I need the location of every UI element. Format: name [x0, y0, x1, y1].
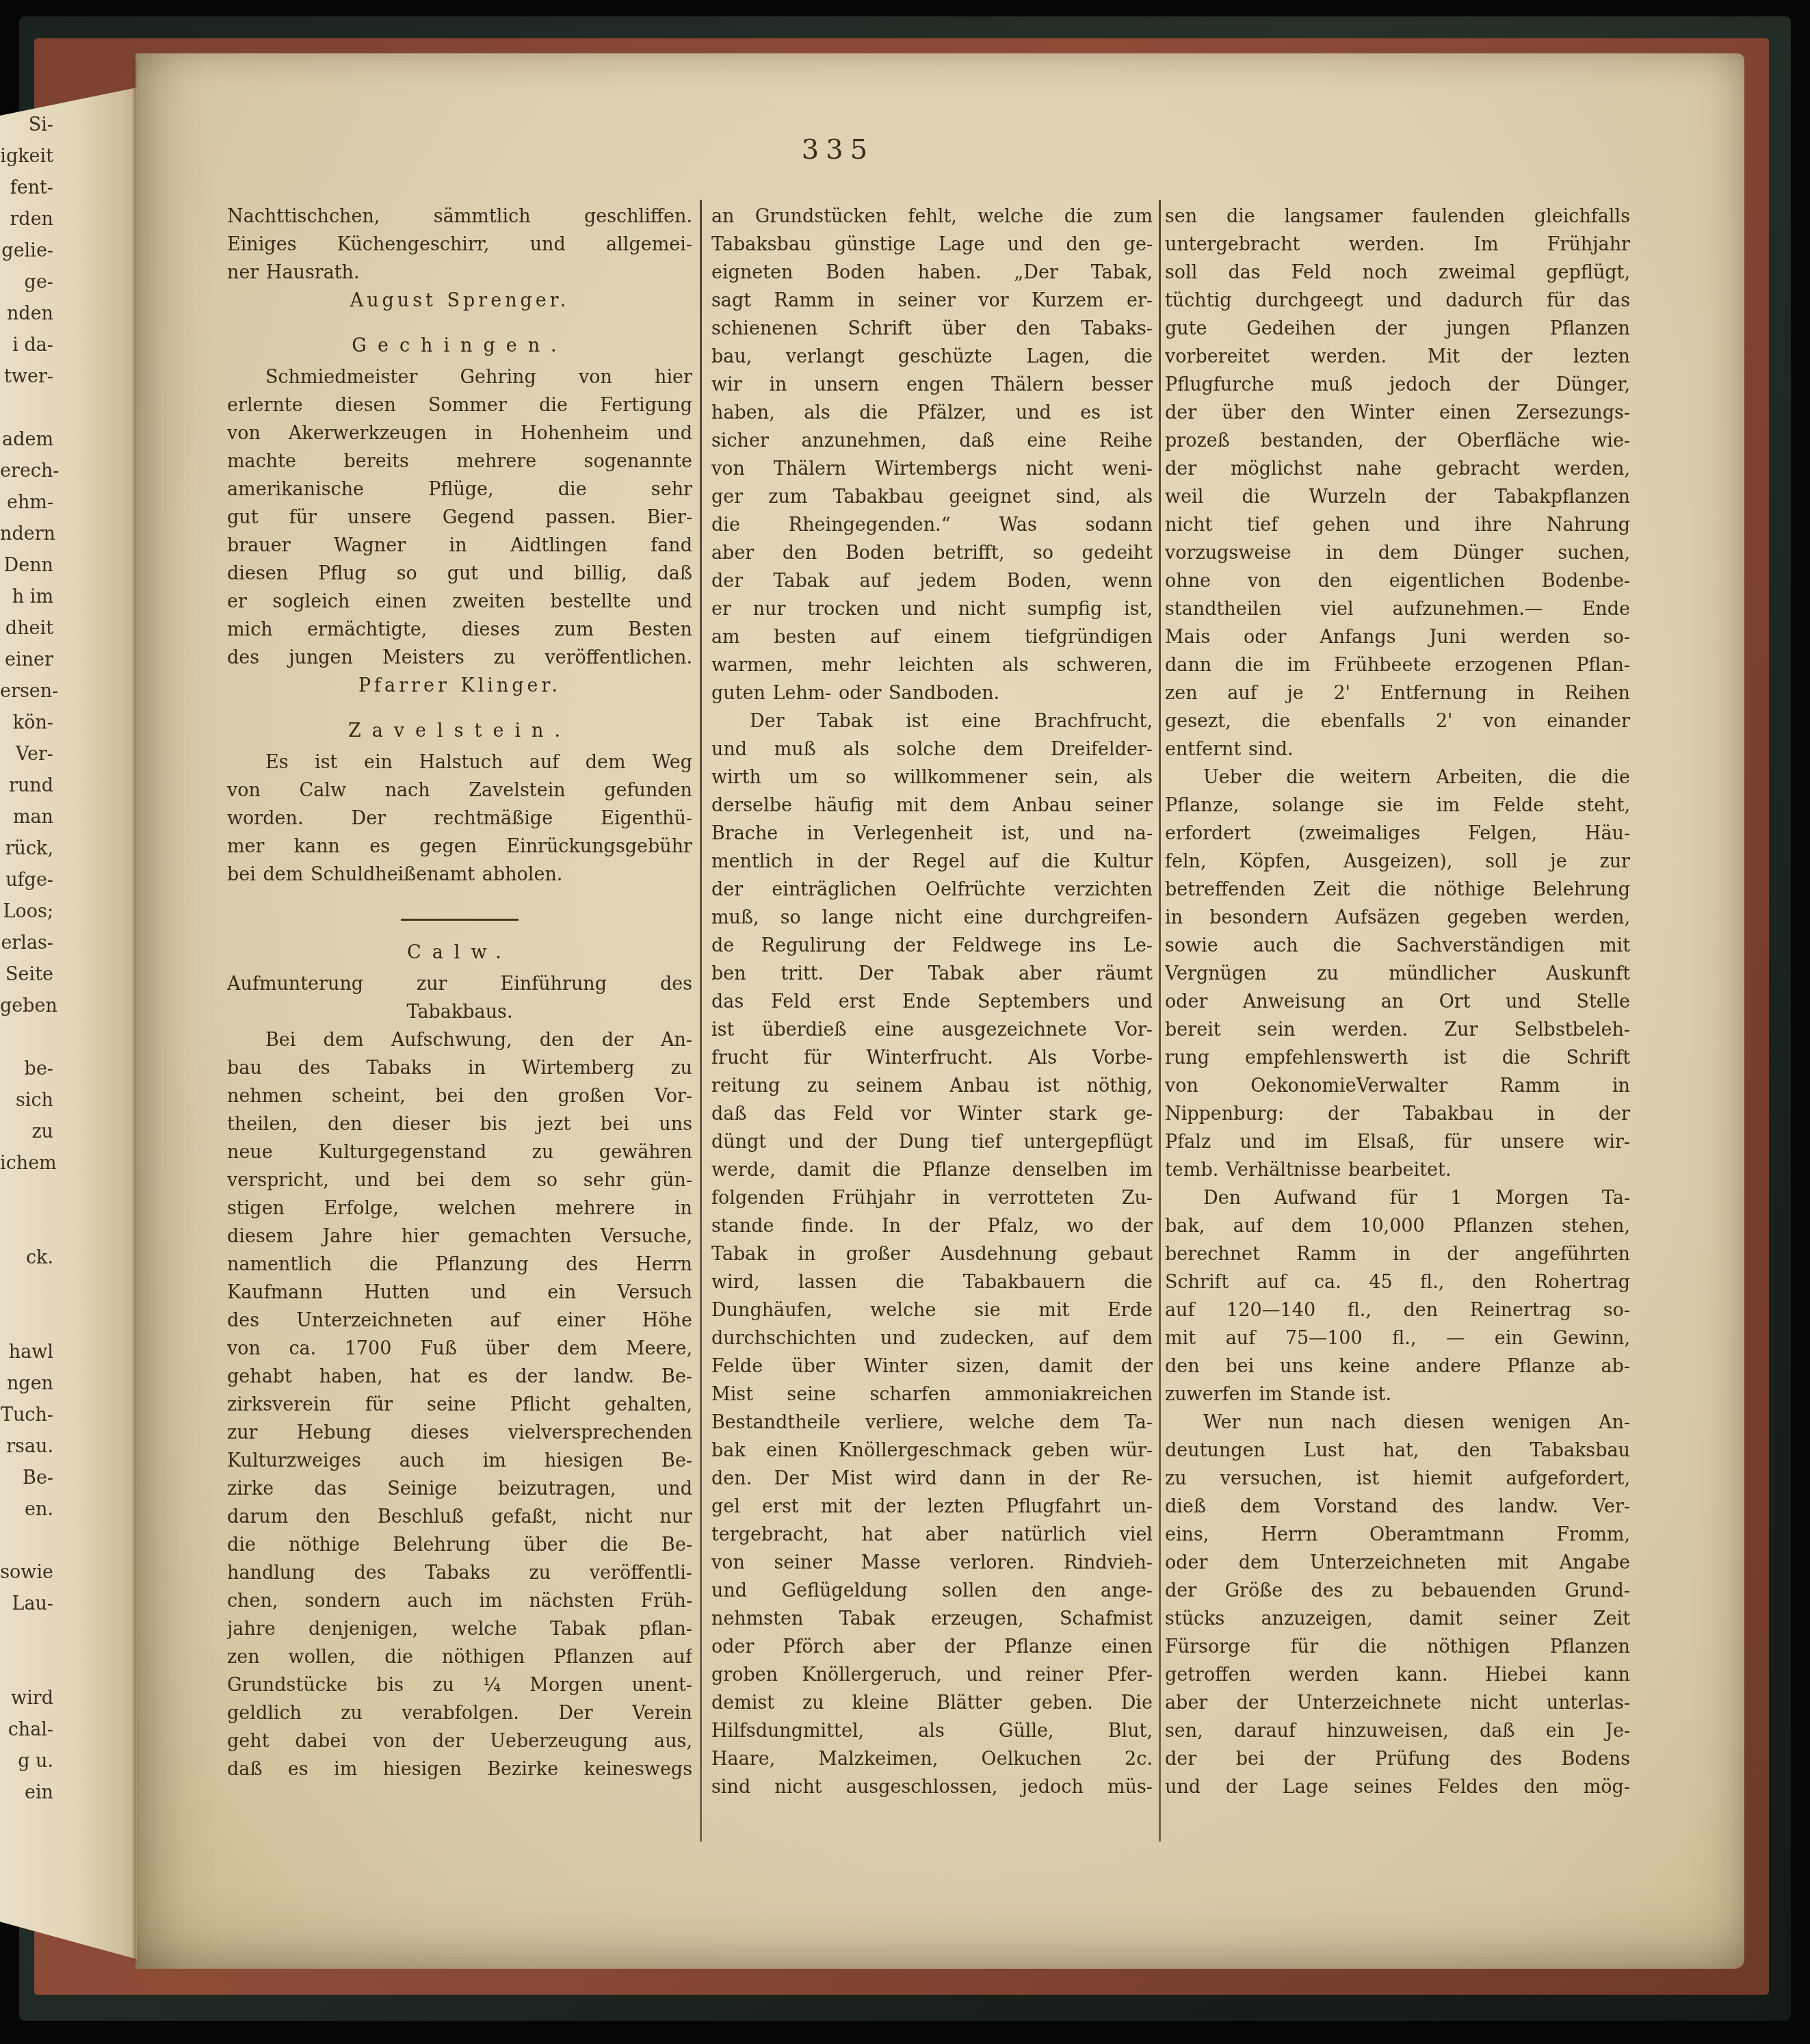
text-line: eins, Herrn Oberamtmann Fromm, — [1165, 1521, 1630, 1549]
text-line: des Unterzeichneten auf einer Höhe — [227, 1307, 692, 1335]
text-line: dieß dem Vorstand des landw. Ver- — [1165, 1493, 1630, 1521]
text-line: Einiges Küchengeschirr, und allgemei- — [227, 231, 692, 259]
text-line: aber den Boden betrifft, so gedeiht — [711, 539, 1153, 567]
text-line: daß das Feld vor Winter stark ge- — [711, 1100, 1153, 1128]
text-line: Kulturzweiges auch im hiesigen Be- — [227, 1447, 692, 1475]
fragment-line: ufge- — [0, 865, 60, 896]
text-line: eigneten Boden haben. „Der Tabak, — [711, 259, 1153, 287]
fragment-line: nden — [0, 298, 60, 330]
fragment-line — [0, 1211, 60, 1242]
text-line: durchschichten und zudecken, auf dem — [711, 1324, 1153, 1352]
text-line: die Rheingegenden.“ Was sodann — [711, 511, 1153, 539]
text-line: tüchtig durchgeegt und dadurch für das — [1165, 287, 1630, 315]
fragment-line: Be- — [0, 1463, 60, 1494]
text-line: reitung zu seinem Anbau ist nöthig, — [711, 1072, 1153, 1100]
text-line: geldlich zu verabfolgen. Der Verein — [227, 1699, 692, 1727]
text-line: haben, als die Pfälzer, und es ist — [711, 399, 1153, 427]
text-line: Hilfsdungmittel, als Gülle, Blut, — [711, 1717, 1153, 1745]
text-line: ohne von den eigentlichen Bodenbe- — [1165, 567, 1630, 595]
text-line: Nachttischchen, sämmtlich geschliffen. — [227, 202, 692, 231]
text-line: zen auf je 2' Entfernung in Reihen — [1165, 679, 1630, 707]
fragment-line: adem — [0, 424, 60, 456]
text-line: mer kann es gegen Einrückungsgebühr — [227, 833, 692, 861]
section-heading: Gechingen. — [227, 330, 692, 362]
fragment-line: Tuch- — [0, 1400, 60, 1431]
text-line: Schrift auf ca. 45 fl., den Rohertrag — [1165, 1268, 1630, 1296]
text-line: berechnet Ramm in der angeführten — [1165, 1240, 1630, 1268]
text-line: derselbe häufig mit dem Anbau seiner — [711, 791, 1153, 820]
text-line: gute Gedeihen der jungen Pflanzen — [1165, 315, 1630, 343]
text-line: düngt und der Dung tief untergepflügt — [711, 1128, 1153, 1156]
fragment-line: rück, — [0, 833, 60, 865]
text-line: vorbereitet werden. Mit der lezten — [1165, 343, 1630, 371]
text-column-3: sen die langsamer faulenden gleichfallsu… — [1165, 202, 1630, 1801]
page-number: 335 — [763, 134, 913, 166]
text-line: gesezt, die ebenfalls 2' von einander — [1165, 707, 1630, 735]
fragment-line: gelie- — [0, 235, 60, 267]
text-line: getroffen werden kann. Hiebei kann — [1165, 1661, 1630, 1689]
text-line: Tabak in großer Ausdehnung gebaut — [711, 1240, 1153, 1268]
fragment-line: Loos; — [0, 896, 60, 928]
text-line: und Geflügeldung sollen den ange- — [711, 1577, 1153, 1605]
fragment-line: dheit — [0, 613, 60, 644]
text-line: sind nicht ausgeschlossen, jedoch müs- — [711, 1773, 1153, 1801]
text-line: erlernte diesen Sommer die Fertigung — [227, 391, 692, 419]
fragment-line — [0, 1525, 60, 1557]
fragment-line: sowie — [0, 1557, 60, 1588]
text-line: von Akerwerkzeugen in Hohenheim und — [227, 419, 692, 447]
text-line: zirke das Seinige beizutragen, und — [227, 1475, 692, 1503]
text-line: muß, so lange nicht eine durchgreifen- — [711, 904, 1153, 932]
fragment-line — [0, 1651, 60, 1683]
text-line: sen die langsamer faulenden gleichfalls — [1165, 202, 1630, 231]
text-line: am besten auf einem tiefgründigen — [711, 623, 1153, 651]
text-line: den. Der Mist wird dann in der Re- — [711, 1465, 1153, 1493]
text-line: Mais oder Anfangs Juni werden so- — [1165, 623, 1630, 651]
text-line: Wer nun nach diesen wenigen An- — [1165, 1408, 1630, 1437]
text-line: brauer Wagner in Aidtlingen fand — [227, 532, 692, 560]
text-line: sagt Ramm in seiner vor Kurzem er- — [711, 287, 1153, 315]
text-line: feln, Köpfen, Ausgeizen), soll je zur — [1165, 848, 1630, 876]
fragment-line — [0, 1305, 60, 1337]
text-line: und der Lage seines Feldes den mög- — [1165, 1773, 1630, 1801]
text-line: oder Anweisung an Ort und Stelle — [1165, 988, 1630, 1016]
fragment-line: geben — [0, 991, 60, 1022]
fragment-line: ichem — [0, 1148, 60, 1179]
fragment-line: g u. — [0, 1746, 60, 1777]
text-line: bau, verlangt geschüzte Lagen, die — [711, 343, 1153, 371]
fragment-line: kön- — [0, 707, 60, 739]
text-line: Dunghäufen, welche sie mit Erde — [711, 1296, 1153, 1324]
fragment-line: rund — [0, 770, 60, 802]
text-line: wirth um so willkommener sein, als — [711, 763, 1153, 791]
text-line: Pflanze, solange sie im Felde steht, — [1165, 791, 1630, 820]
text-line: stande finde. In der Pfalz, wo der — [711, 1212, 1153, 1240]
text-line: sowie auch die Sachverständigen mit — [1165, 932, 1630, 960]
text-line: darum den Beschluß gefaßt, nicht nur — [227, 1503, 692, 1531]
text-line: geht dabei von der Ueberzeugung aus, — [227, 1727, 692, 1755]
text-line: er sogleich einen zweiten bestellte und — [227, 588, 692, 616]
fragment-line: i da- — [0, 330, 60, 361]
text-line: verspricht, und bei dem so sehr gün- — [227, 1166, 692, 1194]
text-line: ist überdieß eine ausgezeichnete Vor- — [711, 1016, 1153, 1044]
fragment-line: fent- — [0, 172, 60, 204]
text-line: Mist seine scharfen ammoniakreichen — [711, 1380, 1153, 1408]
previous-page-line-fragments: Si-igkeitfent-rdengelie-ge-ndeni da-twer… — [0, 109, 60, 1809]
text-line: chen, sondern auch im nächsten Früh- — [227, 1587, 692, 1615]
fragment-line: zu — [0, 1116, 60, 1148]
fragment-line: sich — [0, 1085, 60, 1116]
text-line: neue Kulturgegenstand zu gewähren — [227, 1138, 692, 1166]
text-line: jahre denjenigen, welche Tabak pflan- — [227, 1615, 692, 1643]
fragment-line: ehm- — [0, 487, 60, 519]
text-line: von ca. 1700 Fuß über dem Meere, — [227, 1335, 692, 1363]
text-line: bak einen Knöllergeschmack geben wür- — [711, 1437, 1153, 1465]
text-line: bak, auf dem 10,000 Pflanzen stehen, — [1165, 1212, 1630, 1240]
text-line: aber der Unterzeichnete nicht unterlas- — [1165, 1689, 1630, 1717]
fragment-line — [0, 393, 60, 424]
text-line: zuwerfen im Stande ist. — [1165, 1380, 1630, 1408]
text-line: Pflugfurche muß jedoch der Dünger, — [1165, 371, 1630, 399]
text-line: frucht für Winterfrucht. Als Vorbe- — [711, 1044, 1153, 1072]
line-gap — [227, 921, 692, 934]
text-line: das Feld erst Ende Septembers und — [711, 988, 1153, 1016]
text-line: sen, darauf hinzuweisen, daß ein Je- — [1165, 1717, 1630, 1745]
text-line: soll das Feld noch zweimal gepflügt, — [1165, 259, 1630, 287]
text-line: Kaufmann Hutten und ein Versuch — [227, 1279, 692, 1307]
text-line: diesem Jahre hier gemachten Versuche, — [227, 1222, 692, 1250]
fragment-line: ersen- — [0, 676, 60, 707]
fragment-line: wird — [0, 1683, 60, 1714]
fragment-line — [0, 1179, 60, 1211]
text-line: wir in unsern engen Thälern besser — [711, 371, 1153, 399]
text-line: werde, damit die Pflanze denselben im — [711, 1156, 1153, 1184]
text-line: entfernt sind. — [1165, 735, 1630, 763]
fragment-line: rden — [0, 204, 60, 235]
text-line: machte bereits mehrere sogenannte — [227, 447, 692, 475]
text-line: ger zum Tabakbau geeignet sind, als — [711, 483, 1153, 511]
text-line: gehabt haben, hat es der landw. Be- — [227, 1363, 692, 1391]
text-line: nicht tief gehen und ihre Nahrung — [1165, 511, 1630, 539]
text-line: bei dem Schuldheißenamt abholen. — [227, 861, 692, 889]
text-line: stücks anzuzeigen, damit seiner Zeit — [1165, 1605, 1630, 1633]
fragment-line: einer — [0, 644, 60, 676]
signature-line: Pfarrer Klinger. — [227, 672, 692, 700]
text-line: Tabakbaus. — [227, 998, 692, 1026]
text-line: Tabaksbau günstige Lage und den ge- — [711, 231, 1153, 259]
text-line: betreffenden Zeit die nöthige Belehrung — [1165, 876, 1630, 904]
text-line: der Größe des zu bebauenden Grund- — [1165, 1577, 1630, 1605]
fragment-line: Lau- — [0, 1588, 60, 1620]
text-line: amerikanische Pflüge, die sehr — [227, 475, 692, 503]
text-line: der über den Winter einen Zersezungs- — [1165, 399, 1630, 427]
fragment-line — [0, 1274, 60, 1305]
fragment-line: erech- — [0, 456, 60, 487]
text-line: oder dem Unterzeichneten mit Angabe — [1165, 1549, 1630, 1577]
section-heading: Calw. — [227, 936, 692, 969]
section-heading: Zavelstein. — [227, 715, 692, 747]
text-line: die nöthige Belehrung über die Be- — [227, 1531, 692, 1559]
text-line: deutungen Lust hat, den Tabaksbau — [1165, 1437, 1630, 1465]
divider-rule — [401, 919, 519, 921]
text-line: handlung des Tabaks zu veröffentli- — [227, 1559, 692, 1587]
fragment-line: rsau. — [0, 1431, 60, 1463]
text-line: mich ermächtigte, dieses zum Besten — [227, 616, 692, 644]
text-line: wird, lassen die Tabakbauern die — [711, 1268, 1153, 1296]
fragment-line — [0, 1022, 60, 1053]
fragment-line: be- — [0, 1053, 60, 1085]
text-line: namentlich die Pflanzung des Herrn — [227, 1250, 692, 1279]
text-line: vorzugsweise in dem Dünger suchen, — [1165, 539, 1630, 567]
fragment-line: ck. — [0, 1242, 60, 1274]
text-line: rung empfehlenswerth ist die Schrift — [1165, 1044, 1630, 1072]
text-line: Pfalz und im Elsaß, für unsere wir- — [1165, 1128, 1630, 1156]
text-line: Bestandtheile verliere, welche dem Ta- — [711, 1408, 1153, 1437]
text-line: Schmiedmeister Gehring von hier — [227, 363, 692, 391]
fragment-line: ge- — [0, 267, 60, 298]
text-line: Haare, Malzkeimen, Oelkuchen 2c. — [711, 1745, 1153, 1773]
text-line: bau des Tabaks in Wirtemberg zu — [227, 1054, 692, 1082]
text-line: dann die im Frühbeete erzogenen Pflan- — [1165, 651, 1630, 679]
text-line: der bei der Prüfung des Bodens — [1165, 1745, 1630, 1773]
line-gap — [227, 700, 692, 712]
text-line: Brache in Verlegenheit ist, und na- — [711, 820, 1153, 848]
text-line: sicher anzunehmen, daß eine Reihe — [711, 427, 1153, 455]
fragment-line: ein — [0, 1777, 60, 1809]
text-line: erfordert (zweimaliges Felgen, Häu- — [1165, 820, 1630, 848]
text-line: groben Knöllergeruch, und reiner Pfer- — [711, 1661, 1153, 1689]
fragment-line: Seite — [0, 959, 60, 991]
text-line: Nippenburg: der Tabakbau in der — [1165, 1100, 1630, 1128]
text-line: den bei uns keine andere Pflanze ab- — [1165, 1352, 1630, 1380]
text-line: des jungen Meisters zu veröffentlichen. — [227, 644, 692, 672]
text-line: nehmsten Tabak erzeugen, Schafmist — [711, 1605, 1153, 1633]
text-line: Aufmunterung zur Einführung des — [227, 970, 692, 998]
text-line: und muß als solche dem Dreifelder- — [711, 735, 1153, 763]
text-line: ner Hausrath. — [227, 259, 692, 287]
text-line: zirksverein für seine Pflicht gehalten, — [227, 1391, 692, 1419]
fragment-line: man — [0, 802, 60, 833]
text-line: weil die Wurzeln der Tabakpflanzen — [1165, 483, 1630, 511]
text-line: der einträglichen Oelfrüchte verzichten — [711, 876, 1153, 904]
text-line: von seiner Masse verloren. Rindvieh- — [711, 1549, 1153, 1577]
text-line: bereit sein werden. Zur Selbstbeleh- — [1165, 1016, 1630, 1044]
text-line: Der Tabak ist eine Brachfrucht, — [711, 707, 1153, 735]
text-line: zen wollen, die nöthigen Pflanzen auf — [227, 1643, 692, 1671]
text-line: gut für unsere Gegend passen. Bier- — [227, 503, 692, 532]
text-line: zu versuchen, ist hiemit aufgefordert, — [1165, 1465, 1630, 1493]
fragment-line: Si- — [0, 109, 60, 141]
column-divider-rule-1 — [700, 200, 702, 1842]
text-line: oder Pförch aber der Pflanze einen — [711, 1633, 1153, 1661]
text-line: Felde über Winter sizen, damit der — [711, 1352, 1153, 1380]
text-line: Fürsorge für die nöthigen Pflanzen — [1165, 1633, 1630, 1661]
text-line: ben tritt. Der Tabak aber räumt — [711, 960, 1153, 988]
text-line: zur Hebung dieses vielversprechenden — [227, 1419, 692, 1447]
text-line: de Regulirung der Feldwege ins Le- — [711, 932, 1153, 960]
text-line: nehmen scheint, bei den großen Vor- — [227, 1082, 692, 1110]
text-line: Vergnügen zu mündlicher Auskunft — [1165, 960, 1630, 988]
text-line: mit auf 75—100 fl., — ein Gewinn, — [1165, 1324, 1630, 1352]
text-line: Es ist ein Halstuch auf dem Weg — [227, 748, 692, 776]
text-line: auf 120—140 fl., den Reinertrag so- — [1165, 1296, 1630, 1324]
text-line: worden. Der rechtmäßige Eigenthü- — [227, 804, 692, 833]
section-divider — [227, 901, 692, 921]
text-line: warmen, mehr leichten als schweren, — [711, 651, 1153, 679]
fragment-line: erlas- — [0, 928, 60, 959]
text-line: von Calw nach Zavelstein gefunden — [227, 776, 692, 804]
text-line: mentlich in der Regel auf die Kultur — [711, 848, 1153, 876]
text-line: Bei dem Aufschwung, den der An- — [227, 1026, 692, 1054]
fragment-line: igkeit — [0, 141, 60, 172]
text-line: schienenen Schrift über den Tabaks- — [711, 315, 1153, 343]
book-photo: 335 Si-igkeitfent-rdengelie-ge-ndeni da-… — [0, 0, 1810, 2044]
fragment-line: hawl — [0, 1337, 60, 1368]
text-line: guten Lehm- oder Sandboden. — [711, 679, 1153, 707]
gutter-crease — [132, 59, 139, 1963]
text-line: temb. Verhältnisse bearbeitet. — [1165, 1156, 1630, 1184]
signature-line: August Sprenger. — [227, 287, 692, 315]
column-divider-rule-2 — [1159, 200, 1161, 1842]
text-line: daß es im hiesigen Bezirke keineswegs — [227, 1755, 692, 1783]
text-line: gel erst mit der lezten Pflugfahrt un- — [711, 1493, 1153, 1521]
text-line: theilen, den dieser bis jezt bei uns — [227, 1110, 692, 1138]
fragment-line: Denn — [0, 550, 60, 581]
text-line: der Tabak auf jedem Boden, wenn — [711, 567, 1153, 595]
text-line: Grundstücke bis zu ¼ Morgen unent- — [227, 1671, 692, 1699]
text-line: Ueber die weitern Arbeiten, die die — [1165, 763, 1630, 791]
text-line: Den Aufwand für 1 Morgen Ta- — [1165, 1184, 1630, 1212]
text-column-2: an Grundstücken fehlt, welche die zumTab… — [711, 202, 1153, 1801]
fragment-line: ngen — [0, 1368, 60, 1400]
text-line: diesen Pflug so gut und billig, daß — [227, 560, 692, 588]
text-line: tergebracht, hat aber natürlich viel — [711, 1521, 1153, 1549]
text-line: in besondern Aufsäzen gegeben werden, — [1165, 904, 1630, 932]
fragment-line: chal- — [0, 1714, 60, 1746]
text-line: von Thälern Wirtembergs nicht weni- — [711, 455, 1153, 483]
fragment-line: h im — [0, 581, 60, 613]
text-line: untergebracht werden. Im Frühjahr — [1165, 231, 1630, 259]
line-gap — [227, 315, 692, 327]
fragment-line — [0, 1620, 60, 1651]
fragment-line: en. — [0, 1494, 60, 1525]
text-line: standtheilen viel aufzunehmen.— Ende — [1165, 595, 1630, 623]
text-line: der möglichst nahe gebracht werden, — [1165, 455, 1630, 483]
text-line: er nur trocken und nicht sumpfig ist, — [711, 595, 1153, 623]
text-line: von OekonomieVerwalter Ramm in — [1165, 1072, 1630, 1100]
fragment-line: Ver- — [0, 739, 60, 770]
text-column-1: Nachttischchen, sämmtlich geschliffen.Ei… — [227, 202, 692, 1783]
text-line: prozeß bestanden, der Oberfläche wie- — [1165, 427, 1630, 455]
text-line: an Grundstücken fehlt, welche die zum — [711, 202, 1153, 231]
line-gap — [227, 889, 692, 901]
text-line: folgenden Frühjahr in verrotteten Zu- — [711, 1184, 1153, 1212]
fragment-line: twer- — [0, 361, 60, 393]
text-line: stigen Erfolge, welchen mehrere in — [227, 1194, 692, 1222]
text-line: demist zu kleine Blätter geben. Die — [711, 1689, 1153, 1717]
fragment-line: ndern — [0, 519, 60, 550]
